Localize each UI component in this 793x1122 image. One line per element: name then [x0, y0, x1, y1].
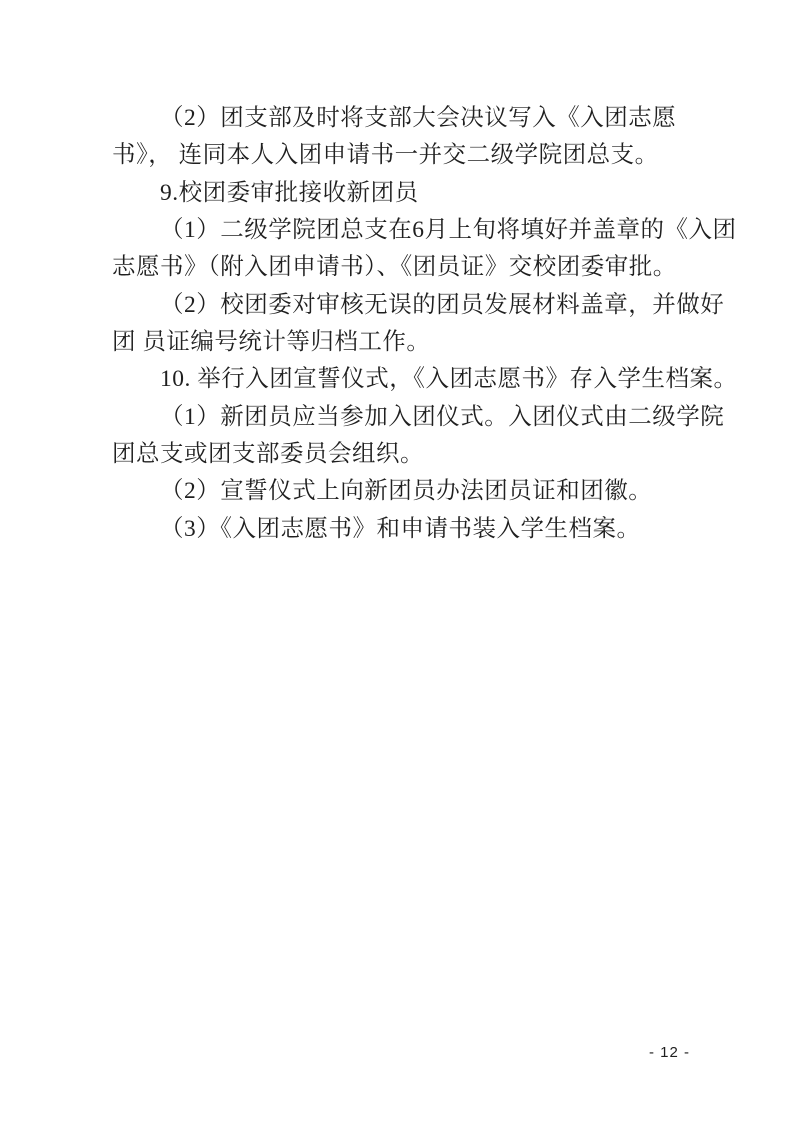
text-line: 志愿书》（附入团申请书）、《团员证》交校团委审批。 [112, 249, 682, 286]
text-line: （1）新团员应当参加入团仪式。入团仪式由二级学院 [112, 399, 682, 436]
text-line: 团总支或团支部委员会组织。 [112, 436, 682, 473]
page-number: - 12 - [649, 1044, 690, 1061]
document-page: （2）团支部及时将支部大会决议写入《入团志愿 书》， 连同本人入团申请书一并交二… [0, 0, 793, 1122]
text-line: （2）校团委对审核无误的团员发展材料盖章，并做好 [112, 287, 682, 324]
text-line: 团 员证编号统计等归档工作。 [112, 324, 682, 361]
text-line: （1）二级学院团总支在6月上旬将填好并盖章的《入团 [112, 212, 682, 249]
text-line: （3）《入团志愿书》和申请书装入学生档案。 [112, 511, 682, 548]
document-body: （2）团支部及时将支部大会决议写入《入团志愿 书》， 连同本人入团申请书一并交二… [112, 100, 682, 548]
text-line: （2）宣誓仪式上向新团员办法团员证和团徽。 [112, 473, 682, 510]
text-line: （2）团支部及时将支部大会决议写入《入团志愿 [112, 100, 682, 137]
text-line: 书》， 连同本人入团申请书一并交二级学院团总支。 [112, 137, 682, 174]
text-line: 9.校团委审批接收新团员 [112, 175, 682, 212]
text-line: 10. 举行入团宣誓仪式，《入团志愿书》存入学生档案。 [112, 361, 682, 398]
